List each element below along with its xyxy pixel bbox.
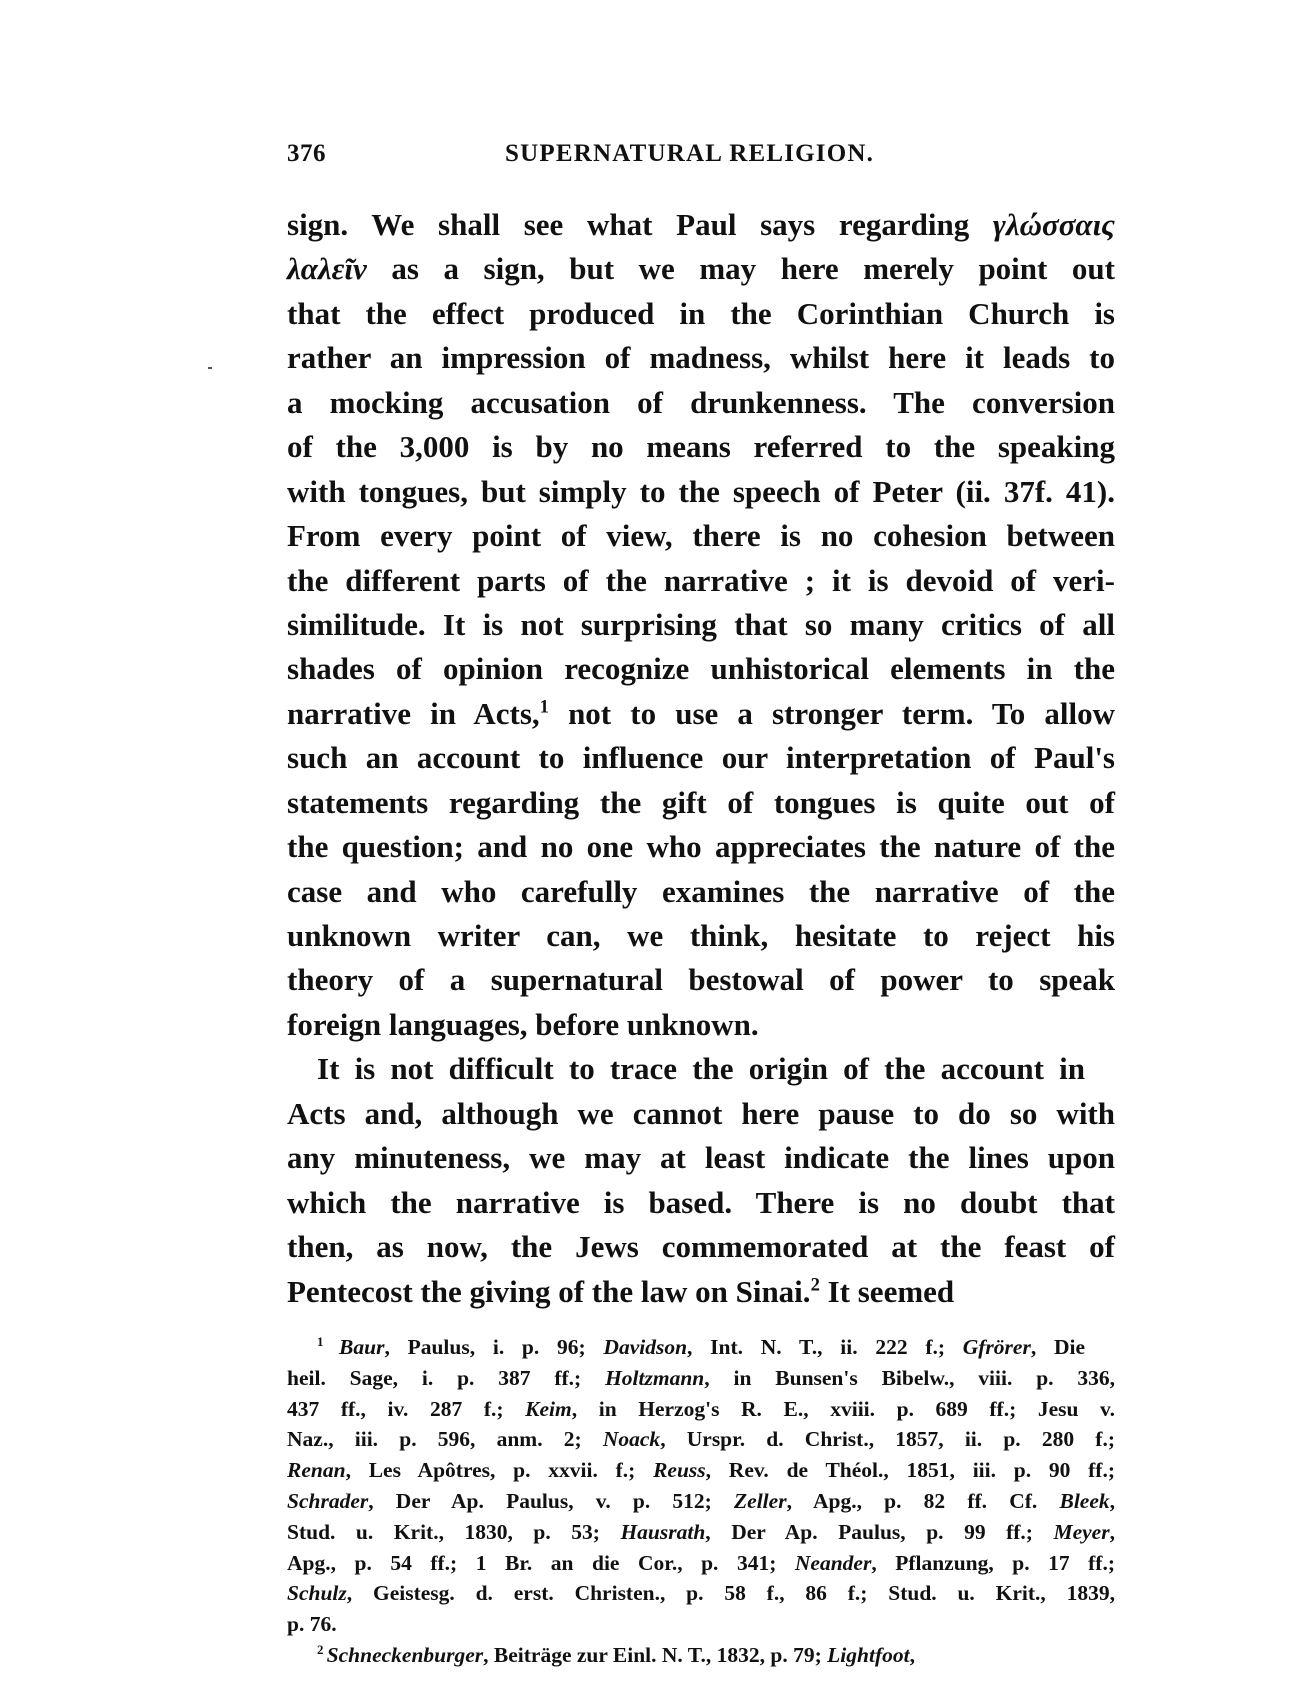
body-line: From every point of view, there is no co… [287, 514, 1115, 558]
footnote-line: 437 ff., iv. 287 f.; Keim, in Herzog's R… [287, 1394, 1115, 1425]
body-line-text: a mocking accusation of drunkenness. The… [287, 381, 1115, 425]
body-line-text: theory of a supernatural bestowal of pow… [287, 958, 1115, 1002]
running-header: 376 SUPERNATURAL RELIGION. [287, 140, 1117, 174]
body-line: statements regarding the gift of tongues… [287, 781, 1115, 825]
footnote-line: 1 Baur, Paulus, i. p. 96; Davidson, Int.… [287, 1332, 1115, 1363]
footnote-line-text: Apg., p. 54 ff.; 1 Br. an die Cor., p. 3… [287, 1548, 1115, 1579]
cited-author: Schrader [287, 1489, 368, 1513]
body-line-text: rather an impression of madness, whilst … [287, 336, 1115, 380]
body-line-text: such an account to influence our interpr… [287, 736, 1115, 780]
footnote-line-text: 437 ff., iv. 287 f.; Keim, in Herzog's R… [287, 1394, 1115, 1425]
body-line: that the effect produced in the Corinthi… [287, 292, 1115, 336]
cited-author: Zeller [734, 1489, 787, 1513]
body-line: case and who carefully examines the narr… [287, 870, 1115, 914]
body-text: sign. We shall see what Paul says regard… [287, 203, 1115, 1314]
footnote-ref[interactable]: 1 [540, 696, 549, 717]
body-line-text: then, as now, the Jews commemorated at t… [287, 1225, 1115, 1269]
scan-speck [208, 367, 212, 369]
body-line: foreign languages, before unknown. [287, 1003, 1115, 1047]
cited-author: Meyer [1053, 1520, 1109, 1544]
body-line-text: any minuteness, we may at least indicate… [287, 1136, 1115, 1180]
body-line: Acts and, although we cannot here pause … [287, 1092, 1115, 1136]
body-line-text: the different parts of the narrative ; i… [287, 559, 1115, 603]
footnote-line-text: 2 Schneckenburger, Beiträge zur Einl. N.… [317, 1640, 1085, 1671]
cited-author: Holtzmann [605, 1366, 704, 1390]
cited-author: Hausrath [620, 1520, 705, 1544]
body-line-text: sign. We shall see what Paul says regard… [287, 203, 1115, 247]
body-line-text: Pentecost the giving of the law on Sinai… [287, 1270, 1115, 1314]
body-line: λαλεῖν as a sign, but we may here merely… [287, 247, 1115, 291]
body-line-text: narrative in Acts,1 not to use a stronge… [287, 692, 1115, 736]
footnote-line-text: heil. Sage, i. p. 387 ff.; Holtzmann, in… [287, 1363, 1115, 1394]
footnote-line-text: Renan, Les Apôtres, p. xxvii. f.; Reuss,… [287, 1455, 1115, 1486]
body-line-text: that the effect produced in the Corinthi… [287, 292, 1115, 336]
body-line: with tongues, but simply to the speech o… [287, 470, 1115, 514]
body-line-text: λαλεῖν as a sign, but we may here merely… [287, 247, 1115, 291]
body-line: the different parts of the narrative ; i… [287, 559, 1115, 603]
cited-author: Gfrörer [963, 1335, 1031, 1359]
cited-author: Neander [795, 1551, 871, 1575]
body-line: similitude. It is not surprising that so… [287, 603, 1115, 647]
footnote-line: p. 76. [287, 1609, 1115, 1640]
footnote-line-text: Stud. u. Krit., 1830, p. 53; Hausrath, D… [287, 1517, 1115, 1548]
body-line-text: Acts and, although we cannot here pause … [287, 1092, 1115, 1136]
body-line: such an account to influence our interpr… [287, 736, 1115, 780]
cited-author: Reuss [653, 1458, 706, 1482]
body-line-text: shades of opinion recognize unhistorical… [287, 647, 1115, 691]
body-line-text: the question; and no one who appreciates… [287, 825, 1115, 869]
body-line: theory of a supernatural bestowal of pow… [287, 958, 1115, 1002]
body-line-text: It is not difficult to trace the origin … [317, 1047, 1085, 1091]
footnote-ref[interactable]: 2 [811, 1274, 820, 1295]
body-line: narrative in Acts,1 not to use a stronge… [287, 692, 1115, 736]
body-line-text: statements regarding the gift of tongues… [287, 781, 1115, 825]
footnote-marker: 1 [317, 1335, 339, 1349]
footnote-line: Stud. u. Krit., 1830, p. 53; Hausrath, D… [287, 1517, 1115, 1548]
book-page: 376 SUPERNATURAL RELIGION. sign. We shal… [0, 0, 1292, 1700]
footnote-line: Renan, Les Apôtres, p. xxvii. f.; Reuss,… [287, 1455, 1115, 1486]
body-line: sign. We shall see what Paul says regard… [287, 203, 1115, 247]
body-line-text: foreign languages, before unknown. [287, 1003, 1115, 1047]
cited-author: Lightfoot [827, 1643, 909, 1667]
footnote-line: heil. Sage, i. p. 387 ff.; Holtzmann, in… [287, 1363, 1115, 1394]
footnote-marker: 2 [317, 1643, 327, 1657]
footnotes: 1 Baur, Paulus, i. p. 96; Davidson, Int.… [287, 1332, 1115, 1671]
body-line: which the narrative is based. There is n… [287, 1181, 1115, 1225]
footnote-line: Schulz, Geistesg. d. erst. Christen., p.… [287, 1578, 1115, 1609]
body-line: Pentecost the giving of the law on Sinai… [287, 1270, 1115, 1314]
footnote-line: 2 Schneckenburger, Beiträge zur Einl. N.… [287, 1640, 1115, 1671]
cited-author: Baur [339, 1335, 384, 1359]
body-line-text: unknown writer can, we think, hesitate t… [287, 914, 1115, 958]
body-line-text: From every point of view, there is no co… [287, 514, 1115, 558]
cited-author: Bleek [1059, 1489, 1109, 1513]
body-line-text: similitude. It is not surprising that so… [287, 603, 1115, 647]
cited-author: Noack [603, 1427, 660, 1451]
footnote-line: Apg., p. 54 ff.; 1 Br. an die Cor., p. 3… [287, 1548, 1115, 1579]
footnote-line-text: 1 Baur, Paulus, i. p. 96; Davidson, Int.… [317, 1332, 1085, 1363]
footnote-line: Schrader, Der Ap. Paulus, v. p. 512; Zel… [287, 1486, 1115, 1517]
running-title: SUPERNATURAL RELIGION. [505, 140, 874, 168]
cited-author: Schulz [287, 1581, 347, 1605]
body-line: rather an impression of madness, whilst … [287, 336, 1115, 380]
body-line: the question; and no one who appreciates… [287, 825, 1115, 869]
body-line: then, as now, the Jews commemorated at t… [287, 1225, 1115, 1269]
body-line: of the 3,000 is by no means referred to … [287, 425, 1115, 469]
footnote-line: Naz., iii. p. 596, anm. 2; Noack, Urspr.… [287, 1424, 1115, 1455]
body-line: shades of opinion recognize unhistorical… [287, 647, 1115, 691]
cited-author: Keim [525, 1397, 572, 1421]
body-line: any minuteness, we may at least indicate… [287, 1136, 1115, 1180]
body-line-text: with tongues, but simply to the speech o… [287, 470, 1115, 514]
body-line-text: case and who carefully examines the narr… [287, 870, 1115, 914]
body-line: unknown writer can, we think, hesitate t… [287, 914, 1115, 958]
footnote-line-text: p. 76. [287, 1609, 1115, 1640]
footnote-line-text: Naz., iii. p. 596, anm. 2; Noack, Urspr.… [287, 1424, 1115, 1455]
greek-phrase: λαλεῖν [287, 251, 367, 286]
cited-author: Schneckenburger [327, 1643, 483, 1667]
footnote-line-text: Schulz, Geistesg. d. erst. Christen., p.… [287, 1578, 1115, 1609]
body-line-text: which the narrative is based. There is n… [287, 1181, 1115, 1225]
cited-author: Renan [287, 1458, 346, 1482]
body-line: It is not difficult to trace the origin … [287, 1047, 1115, 1091]
page-number: 376 [287, 140, 326, 168]
body-line: a mocking accusation of drunkenness. The… [287, 381, 1115, 425]
footnote-line-text: Schrader, Der Ap. Paulus, v. p. 512; Zel… [287, 1486, 1115, 1517]
greek-phrase: γλώσσαις [993, 207, 1115, 242]
body-line-text: of the 3,000 is by no means referred to … [287, 425, 1115, 469]
cited-author: Davidson [603, 1335, 687, 1359]
